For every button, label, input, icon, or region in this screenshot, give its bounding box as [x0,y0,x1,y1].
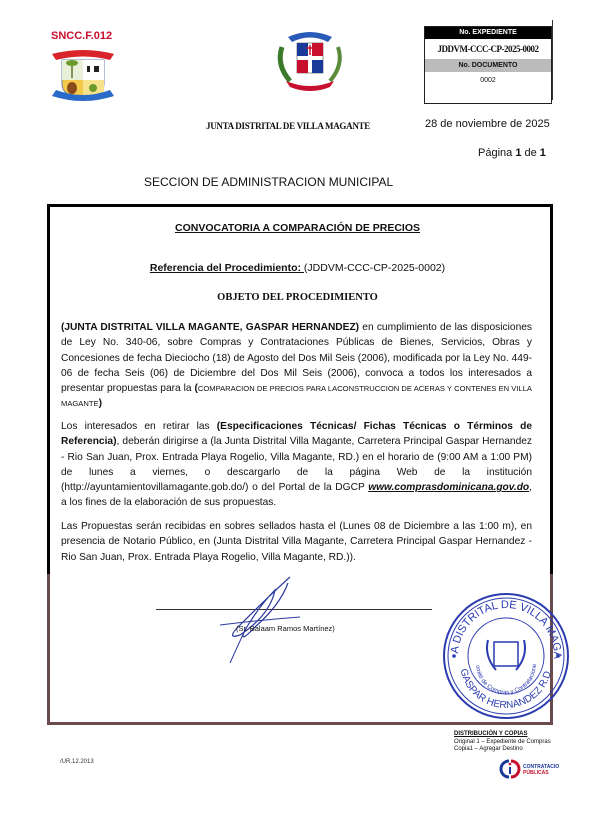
notice-title: CONVOCATORIA A COMPARACIÓN DE PRECIOS [0,222,595,234]
expediente-box: No. EXPEDIENTE JDDVM-CCC-CP-2025-0002 No… [424,26,552,104]
handwritten-signature [200,575,330,665]
documento-label: No. DOCUMENTO [425,59,551,72]
dominican-republic-coat-of-arms [270,25,350,95]
signer-name: (Sr. Balaam Ramos Martínez) [236,624,335,633]
dgcp-portal-link[interactable]: www.comprasdominicana.gov.do [368,482,529,493]
page-sep: de [521,147,539,159]
paragraph-submission: Las Propuestas serán recibidas en sobres… [61,519,532,565]
document-date: 28 de noviembre de 2025 [425,118,550,130]
dgcp-logo: CONTRATACIONES PÚBLICAS [499,758,559,780]
distribution-line-2: Copia1 – Agregar Destino [454,746,551,754]
page-number: Página 1 de 1 [478,147,546,159]
p2-g: o del Portal de la DGCP [248,482,368,493]
office-hours: (9:00 AM a 1:00 PM) [437,452,532,463]
expediente-value: JDDVM-CCC-CP-2025-0002 [425,39,551,59]
revision-code: /UR.12.2013 [60,759,94,765]
form-code: SNCC.F.012 [51,30,112,42]
paragraph-specifications: Los interesados en retirar las (Especifi… [61,419,532,511]
p2-a: Los interesados en retirar las [61,421,217,432]
page-prefix: Página [478,147,515,159]
expediente-label: No. EXPEDIENTE [425,27,551,39]
distribution-heading: DISTRIBUCIÓN Y COPIAS [454,731,551,739]
entity-name: (JUNTA DISTRITAL VILLA MAGANTE, GASPAR H… [61,322,359,333]
official-stamp: JUNTA DISTRITAL DE VILLA MAGANTE GASPAR … [440,590,572,722]
p2-b: , deberán dirigirse a [117,436,211,447]
header-rule [552,20,553,100]
section-title: SECCION DE ADMINISTRACION MUNICIPAL [144,175,393,189]
p1-close: ) [99,398,102,409]
reference-label: Referencia del Procedimiento: [150,262,304,274]
p2-f: de lunes a viernes, o descargarlo de la … [61,467,532,478]
reference-value: (JDDVM-CCC-CP-2025-0002) [304,262,445,274]
distribution-line-1: Original 1 – Expediente de Compras [454,739,551,747]
documento-value: 0002 [425,72,551,90]
procedure-reference: Referencia del Procedimiento: (JDDVM-CCC… [0,262,595,274]
institution-url[interactable]: (http://ayuntamientovillamagante.gob.do/… [61,482,248,493]
page-total: 1 [540,147,546,159]
junta-distrital-shield-logo [48,46,118,106]
paragraph-convocation: (JUNTA DISTRITAL VILLA MAGANTE, GASPAR H… [61,320,532,412]
distribution-block: DISTRIBUCIÓN Y COPIAS Original 1 – Exped… [454,731,551,754]
svg-text:JUNTA DISTRITAL DE VILLA MAGAN: JUNTA DISTRITAL DE VILLA MAGANTE [440,590,563,660]
p2-d: en el horario de [359,452,437,463]
object-heading: OBJETO DEL PROCEDIMIENTO [0,292,595,303]
svg-text:PÚBLICAS: PÚBLICAS [523,769,549,776]
organization-name: JUNTA DISTRITAL DE VILLA MAGANTE [206,121,370,131]
